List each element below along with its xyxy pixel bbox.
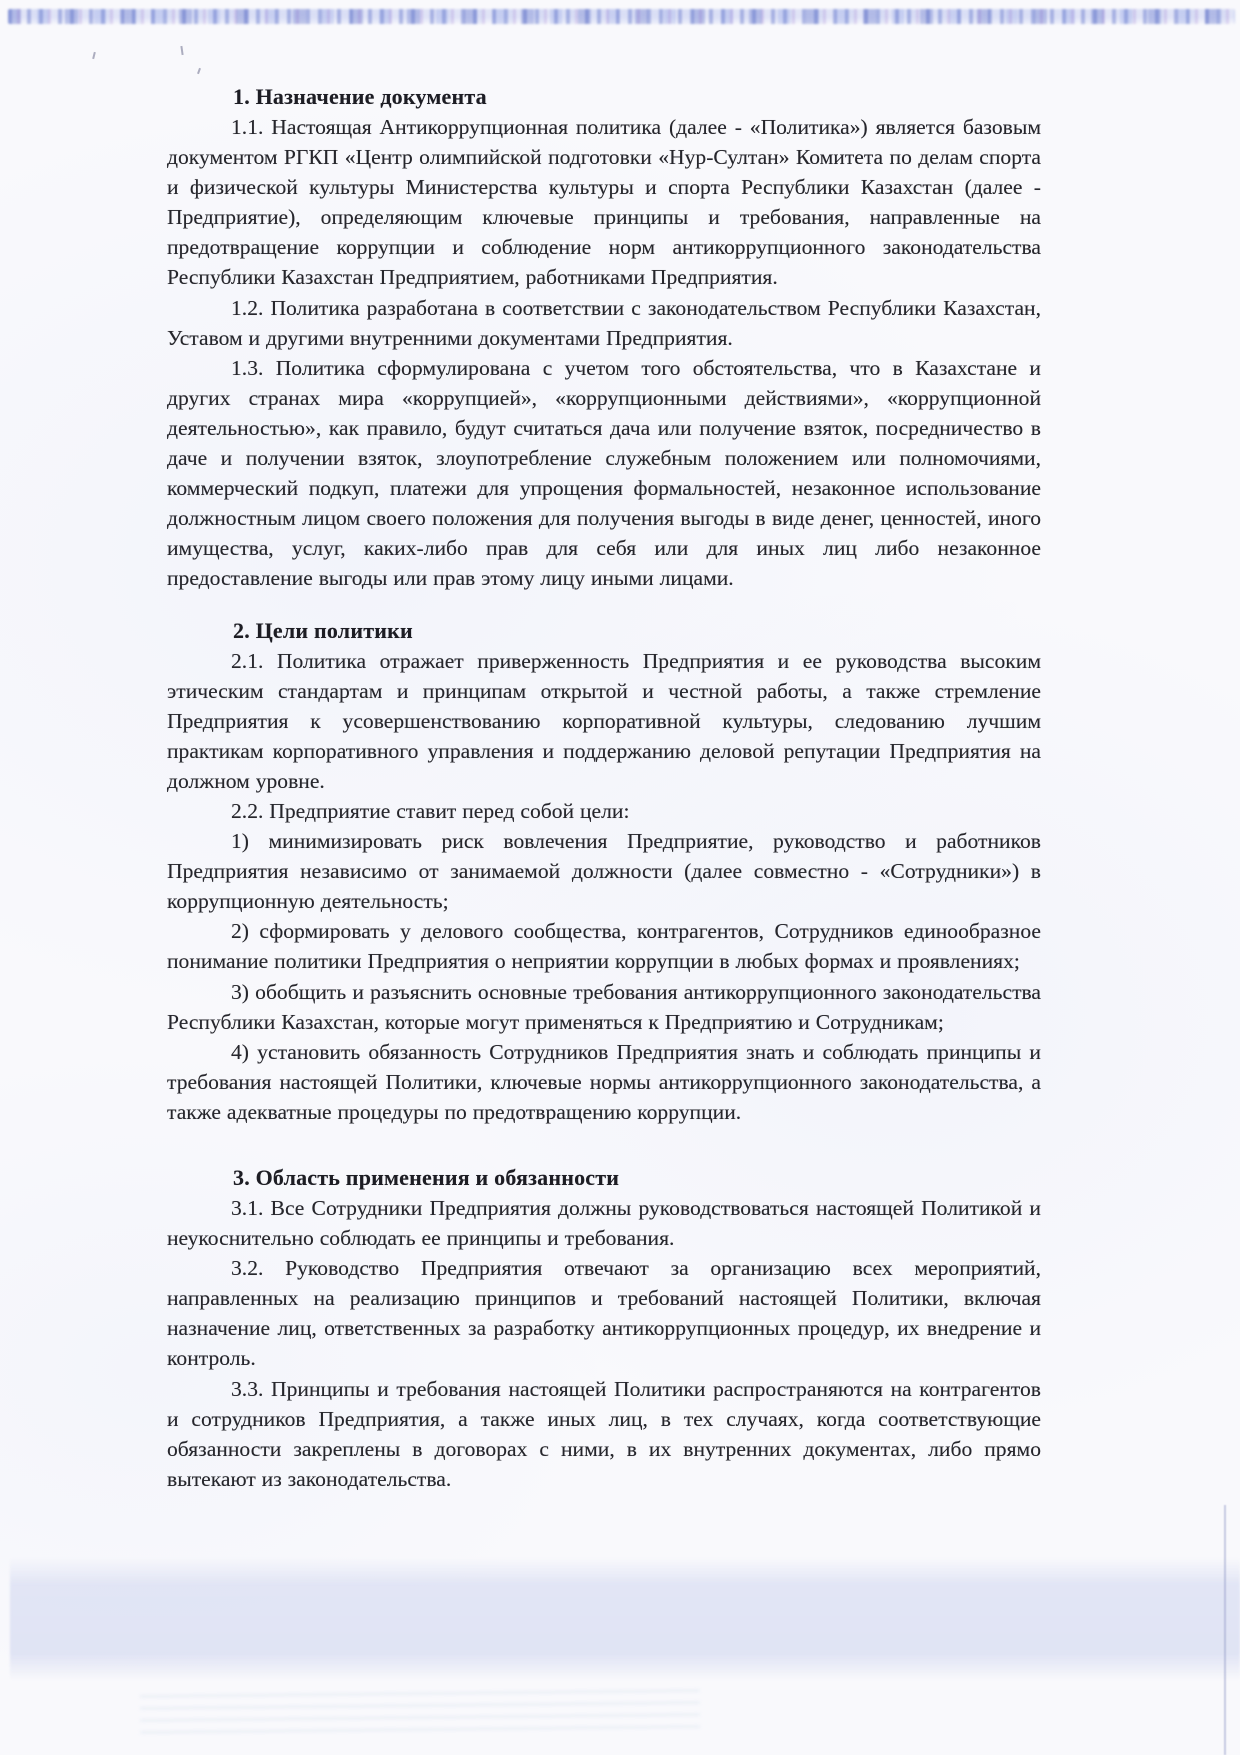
- section-scope: 3. Область применения и обязанности 3.1.…: [167, 1163, 1041, 1494]
- scan-noise-top-strip: [8, 9, 1235, 24]
- section-heading: 2. Цели политики: [167, 616, 1041, 646]
- paragraph: 2.1. Политика отражает приверженность Пр…: [167, 646, 1041, 796]
- section-heading: 3. Область применения и обязанности: [167, 1163, 1041, 1193]
- paragraph: 1.1. Настоящая Антикоррупционная политик…: [167, 112, 1041, 293]
- list-item-paragraph: 3) обобщить и разъяснить основные требов…: [167, 977, 1041, 1037]
- list-item-paragraph: 1) минимизировать риск вовлечения Предпр…: [167, 826, 1041, 916]
- section-purpose: 1. Назначение документа 1.1. Настоящая А…: [167, 82, 1041, 594]
- paragraph: 3.3. Принципы и требования настоящей Пол…: [167, 1374, 1041, 1494]
- section-goals: 2. Цели политики 2.1. Политика отражает …: [167, 616, 1041, 1128]
- scan-bleed-smudge: [140, 1689, 700, 1741]
- scanned-document-page: 1. Назначение документа 1.1. Настоящая А…: [0, 0, 1240, 1755]
- scan-speck: [180, 46, 183, 55]
- paragraph: 3.1. Все Сотрудники Предприятия должны р…: [167, 1193, 1041, 1253]
- paragraph: 2.2. Предприятие ставит перед собой цели…: [167, 796, 1041, 826]
- scan-bleed-band-bottom: [10, 1558, 1240, 1680]
- paragraph: 3.2. Руководство Предприятия отвечают за…: [167, 1253, 1041, 1373]
- list-item-paragraph: 2) сформировать у делового сообщества, к…: [167, 916, 1041, 976]
- list-item-paragraph: 4) установить обязанность Сотрудников Пр…: [167, 1037, 1041, 1127]
- paragraph: 1.2. Политика разработана в соответствии…: [167, 293, 1041, 353]
- scan-edge-line: [1224, 1505, 1226, 1755]
- document-text-block: 1. Назначение документа 1.1. Настоящая А…: [167, 82, 1041, 1494]
- scan-speck: [92, 52, 96, 59]
- section-heading: 1. Назначение документа: [167, 82, 1041, 112]
- scan-speck: [197, 68, 201, 74]
- paragraph: 1.3. Политика сформулирована с учетом то…: [167, 353, 1041, 594]
